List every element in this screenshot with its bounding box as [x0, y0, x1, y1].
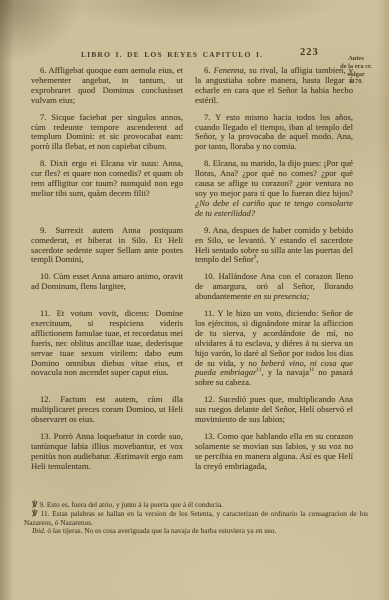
- footnotes-block: ℣ 9. Esto es, fuera del atrio, y junto á…: [24, 501, 368, 536]
- text-run: 7. Y esto mismo hacia todos los años, cu…: [195, 112, 353, 152]
- text-run: Ibid.: [32, 526, 46, 535]
- spanish-verse-6: 6. Fenenna, su rival, la afligia tambien…: [195, 66, 353, 106]
- text-run: ,: [256, 254, 258, 264]
- text-run: 11. Estas palabras se hallan en la versi…: [24, 509, 368, 527]
- text-run: 9. Surrexit autem Anna postquam comedera…: [31, 225, 183, 265]
- spanish-verse-13: 13. Como que hablando ella en su corazon…: [195, 432, 353, 472]
- latin-verse-7: 7. Sicque faciebat per singulos annos, c…: [31, 113, 183, 153]
- latin-verse-8: 8. Dixit ergo ei Elcana vir suus: Anna, …: [31, 159, 183, 218]
- footnote-entry: ℣ 11. Estas palabras se hallan en la ver…: [24, 510, 368, 528]
- text-run: Fenenna: [214, 65, 244, 75]
- text-run: 10. Cùm esset Anna amaro animo, oravit a…: [31, 271, 183, 291]
- spanish-verse-8: 8. Elcana, su marido, la dijo pues: ¡Por…: [195, 159, 353, 218]
- text-run: 9. Esto es, fuera del atrio, y junto á l…: [38, 500, 223, 509]
- text-run: 13. Como que hablando ella en su corazon…: [195, 431, 353, 471]
- text-run: 6. Affligebat quoque eam aemula eius, et…: [31, 65, 183, 105]
- spanish-verse-10: 10. Hallándose Ana con el corazon lleno …: [195, 272, 353, 302]
- spanish-verse-12: 12. Sucedió pues que, multiplicando Ana …: [195, 395, 353, 425]
- text-run: 6.: [204, 65, 214, 75]
- text-run: 12. Factum est autem, cùm illa multiplic…: [31, 394, 183, 424]
- text-run: ¿No debe el cariño que te tengo consolar…: [195, 198, 353, 218]
- text-run: en su presencia;: [253, 291, 309, 301]
- latin-verse-12: 12. Factum est autem, cùm illa multiplic…: [31, 395, 183, 425]
- text-run: , y la navaja: [262, 367, 309, 377]
- spanish-verse-11: 11. Y le hizo un voto, diciendo: Señor d…: [195, 309, 353, 388]
- text-run: 9. Ana, despues de haber comido y bebido…: [195, 225, 353, 265]
- latin-verse-11: 11. Et votum vovit, dicens: Domine exerc…: [31, 309, 183, 388]
- text-run: 7. Sicque faciebat per singulos annos, c…: [31, 112, 183, 152]
- latin-verse-10: 10. Cùm esset Anna amaro animo, oravit a…: [31, 272, 183, 302]
- latin-verse-13: 13. Porrò Anna loquebatur in corde suo, …: [31, 432, 183, 472]
- spanish-verse-7: 7. Y esto mismo hacia todos los años, cu…: [195, 113, 353, 153]
- two-column-text-block: 6. Affligebat quoque eam aemula eius, et…: [31, 66, 353, 472]
- text-run: 13. Porrò Anna loquebatur in corde suo, …: [31, 431, 183, 471]
- running-header: LIBRO I. DE LOS REYES CAPITULO I.: [38, 50, 306, 59]
- margin-note-line: Antes: [328, 55, 384, 63]
- spanish-verse-9: 9. Ana, despues de haber comido y bebido…: [195, 226, 353, 266]
- text-run: 11. Et votum vovit, dicens: Domine exerc…: [31, 308, 183, 377]
- text-run: ó las tijeras. No es cosa averiguada que…: [46, 526, 277, 535]
- footnote-entry: Ibid. ó las tijeras. No es cosa averigua…: [24, 527, 368, 536]
- latin-verse-6: 6. Affligebat quoque eam aemula eius, et…: [31, 66, 183, 106]
- book-page: LIBRO I. DE LOS REYES CAPITULO I. 223 An…: [0, 0, 389, 600]
- page-number: 223: [300, 47, 319, 58]
- text-run: 8. Dixit ergo ei Elcana vir suus: Anna, …: [31, 158, 183, 198]
- text-run: 8. Elcana, su marido, la dijo pues: ¡Por…: [195, 158, 353, 198]
- latin-verse-9: 9. Surrexit autem Anna postquam comedera…: [31, 226, 183, 266]
- text-run: 12. Sucedió pues que, multiplicando Ana …: [195, 394, 353, 424]
